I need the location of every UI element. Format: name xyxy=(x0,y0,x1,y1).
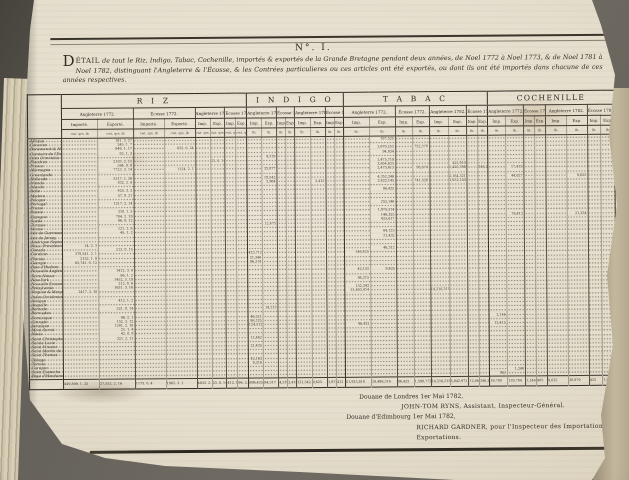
imp-exp-header: Exp. xyxy=(369,117,395,127)
total-cell: 139,704 xyxy=(508,375,526,385)
country-year-header: Angleterre 1772. xyxy=(488,105,524,116)
imp-exp-header: Exp. xyxy=(262,118,277,128)
total-cell: 12,465 xyxy=(469,376,480,386)
country-year-header: Écosse 1782. xyxy=(467,105,488,116)
data-cell: 346,258 xyxy=(478,165,488,169)
imp-exp-header: Exp. xyxy=(236,118,247,128)
imp-exp-header: Exp. xyxy=(412,117,429,127)
country-year-header: Angleterre 1772. xyxy=(343,106,395,117)
total-cell: 412. 1. 6 xyxy=(227,378,238,388)
total-cell: 96,425 xyxy=(397,376,414,386)
total-cell: 1,975 xyxy=(328,377,337,387)
unit-header: lb. xyxy=(326,127,335,136)
data-cell: 23. 0. 14 xyxy=(210,159,225,163)
country-year-header: Angleterre 1782. xyxy=(195,107,225,118)
imp-exp-header: Imp. xyxy=(429,117,448,127)
unit-header: lb. xyxy=(566,125,587,134)
country-year-header: Angleterre 1782. xyxy=(545,104,587,115)
country-year-header: Angleterre 1782. xyxy=(295,106,326,117)
unit-header: lb. xyxy=(587,125,601,134)
unit-header: lb. xyxy=(506,126,524,135)
imp-exp-header: Imp. xyxy=(395,117,412,127)
total-cell: 9,625 xyxy=(312,377,328,387)
unit-header: cwt. qrs. lb xyxy=(236,128,247,137)
imp-exp-header: Imp. xyxy=(587,115,601,125)
imp-exp-header: Imp. xyxy=(488,116,506,126)
total-cell: 449,899. 1. 25 xyxy=(64,379,100,389)
imp-exp-header: Exporté. xyxy=(164,118,195,128)
unit-header: cwt. qrs. lb xyxy=(210,128,225,137)
total-cell: 5,942,972 xyxy=(450,376,469,386)
imp-exp-header: Exporté. xyxy=(97,119,133,129)
plate-title: DÉTAIL de tout le Riz, Indigo, Tabac, Co… xyxy=(62,52,602,86)
data-cell: 14,213 xyxy=(263,305,278,309)
unit-header: lb. xyxy=(247,128,262,137)
country-label: Nouvelle Angleterre xyxy=(29,269,63,273)
unit-header: lb. xyxy=(467,126,478,135)
country-year-header: Écosse 1782. xyxy=(587,104,614,115)
imp-exp-header: Imp. xyxy=(344,117,370,127)
imp-exp-header: Exp. xyxy=(535,116,546,126)
signature-line: RICHARD GARDNER, pour l'Inspecteur des I… xyxy=(416,421,629,443)
data-cell: 741,528 xyxy=(413,178,430,182)
data-cell: 1,420,396 xyxy=(448,165,467,169)
unit-header: lb. xyxy=(344,127,370,136)
unit-header: cwt. qrs. lb xyxy=(195,128,210,137)
title-initial: D xyxy=(62,56,74,67)
data-cell: 124,512 xyxy=(248,322,263,326)
total-cell: 4833. 2. 1 xyxy=(197,378,212,388)
total-cell: 2,415 xyxy=(288,377,297,387)
row-label-column-head xyxy=(27,95,61,139)
imp-exp-header: Exp. xyxy=(566,115,587,125)
unit-header: lb. xyxy=(535,126,546,135)
imp-exp-header: Imp. xyxy=(225,118,236,128)
unit-header: cwt. qrs. lb xyxy=(133,129,164,138)
unit-header: cwt. qrs. lb xyxy=(62,129,98,138)
imp-exp-header: Imp. xyxy=(247,118,262,128)
bottom-rule xyxy=(90,447,622,454)
trade-table: R I ZI N D I G OT A B A CCOCHENILLEAngle… xyxy=(27,90,617,387)
engraved-plate: N°. I. DÉTAIL de tout le Riz, Indigo, Ta… xyxy=(22,34,621,463)
trade-table-grid: R I ZI N D I G OT A B A CCOCHENILLEAngle… xyxy=(27,90,617,390)
product-header: R I Z xyxy=(61,93,246,108)
country-year-header: Écosse 1782. xyxy=(225,107,247,118)
total-cell: 27,552. 2. 16 xyxy=(99,379,135,389)
document-page: N°. I. DÉTAIL de tout le Riz, Indigo, Ta… xyxy=(0,0,629,480)
unit-header: lb. xyxy=(369,127,395,136)
imp-exp-header: Exp. xyxy=(477,116,488,126)
country-year-header: Écosse 1772. xyxy=(524,105,546,116)
data-cell: 1,932,145 xyxy=(448,178,467,182)
total-cell: 14,216,315 xyxy=(431,376,450,386)
country-year-header: Angleterre 1782. xyxy=(429,105,467,116)
unit-header: cwt. qrs. lb xyxy=(225,128,236,137)
unit-header: lb. xyxy=(295,128,311,137)
total-cell: 425 xyxy=(589,375,603,385)
imp-exp-header: Exp. xyxy=(335,117,344,127)
unit-header: lb. xyxy=(524,126,535,135)
data-cell: 35,877 xyxy=(262,167,277,171)
imp-exp-header: Exp. xyxy=(506,116,524,126)
country-year-header: Écosse 1772. xyxy=(277,107,295,118)
data-cell: 12,475 xyxy=(263,221,278,225)
unit-header: lb. xyxy=(412,127,429,136)
total-cell: 1,246 xyxy=(526,375,537,385)
imp-exp-header: Imp. xyxy=(295,118,311,128)
imp-exp-header: Imp. xyxy=(195,118,210,128)
total-cell: 121,342 xyxy=(297,377,313,387)
data-cell: 14,216,315 xyxy=(430,287,449,291)
signature-block: Douane de Londres 1er Mai 1782, JOHN-TOM… xyxy=(215,391,629,445)
total-cell: 346,258 xyxy=(479,376,490,386)
unit-header: lb. xyxy=(395,127,412,136)
country-label: Baye d'Honduras & Ste Croix xyxy=(29,374,63,379)
total-cell: 30,979 xyxy=(568,375,589,385)
imp-exp-header: Imp. xyxy=(277,118,286,128)
product-header: COCHENILLE xyxy=(488,90,615,105)
country-year-header: Écosse 1772. xyxy=(395,106,429,117)
imp-exp-header: Exp. xyxy=(286,118,295,128)
photo-of-document: N°. I. DÉTAIL de tout le Riz, Indigo, Ta… xyxy=(0,0,629,480)
total-cell: 965 xyxy=(537,375,548,385)
title-text: de tout le Riz, Indigo, Tabac, Cochenill… xyxy=(63,53,603,84)
total-cell: 896,425 xyxy=(249,378,264,388)
country-year-header: Angleterre 1772. xyxy=(247,107,277,118)
total-cell: 4,319 xyxy=(279,377,288,387)
total-cell: 16,780 xyxy=(490,376,508,386)
total-cell: 412 xyxy=(337,377,346,387)
unit-header: lb. xyxy=(335,127,344,136)
imp-exp-header: Exp. xyxy=(310,117,326,127)
unit-header: lb. xyxy=(286,128,295,137)
imp-exp-header: Imp. xyxy=(467,116,478,126)
unit-header: lb. xyxy=(448,126,467,135)
data-cell: 96,314 xyxy=(248,259,263,263)
country-year-header: Écosse 1772. xyxy=(133,107,195,118)
data-cell: 12,462 xyxy=(248,335,263,339)
imp-exp-header: Imp. xyxy=(326,117,335,127)
imp-exp-header: Imp. xyxy=(524,116,535,126)
total-cell: 19,496,314 xyxy=(371,376,397,386)
total-cell: 96. 2. 3 xyxy=(238,378,249,388)
total-cell: 51,923,818 xyxy=(346,377,372,387)
total-cell: 23. 0. 14 xyxy=(212,378,227,388)
totals-label xyxy=(30,379,64,389)
imp-exp-header: Imp. xyxy=(545,116,566,126)
total-cell: 94,317 xyxy=(264,377,279,387)
data-cell: 21,435 xyxy=(249,343,264,347)
unit-header: lb. xyxy=(310,127,326,136)
total-cell: 1962. 3. 1 xyxy=(166,378,197,388)
title-word: ÉTAIL xyxy=(76,57,100,65)
total-cell: 1,590,772 xyxy=(414,376,431,386)
product-header: T A B A C xyxy=(343,91,487,106)
unit-header: lb. xyxy=(477,126,488,135)
total-cell: 9,625 xyxy=(548,375,569,385)
unit-header: lb. xyxy=(546,126,567,135)
unit-header: lb. xyxy=(277,128,286,137)
imp-exp-header: Importé. xyxy=(133,119,164,129)
product-header: I N D I G O xyxy=(247,92,344,107)
unit-header: cwt. qrs. lb xyxy=(98,129,134,138)
imp-exp-header: Exp. xyxy=(210,118,225,128)
unit-header: lb. xyxy=(429,127,448,136)
imp-exp-header: Importé. xyxy=(62,119,98,129)
country-year-header: Angleterre 1772. xyxy=(61,108,133,120)
unit-header: lb. xyxy=(488,126,506,135)
unit-header: lb. xyxy=(262,128,277,137)
country-year-header: Écosse 1782. xyxy=(325,106,343,117)
data-cell: 752,370 xyxy=(412,145,429,149)
unit-header: cwt. qrs. lb xyxy=(164,128,195,137)
total-cell: 1175. 0. 4 xyxy=(135,378,166,388)
imp-exp-header: Exp. xyxy=(448,116,467,126)
